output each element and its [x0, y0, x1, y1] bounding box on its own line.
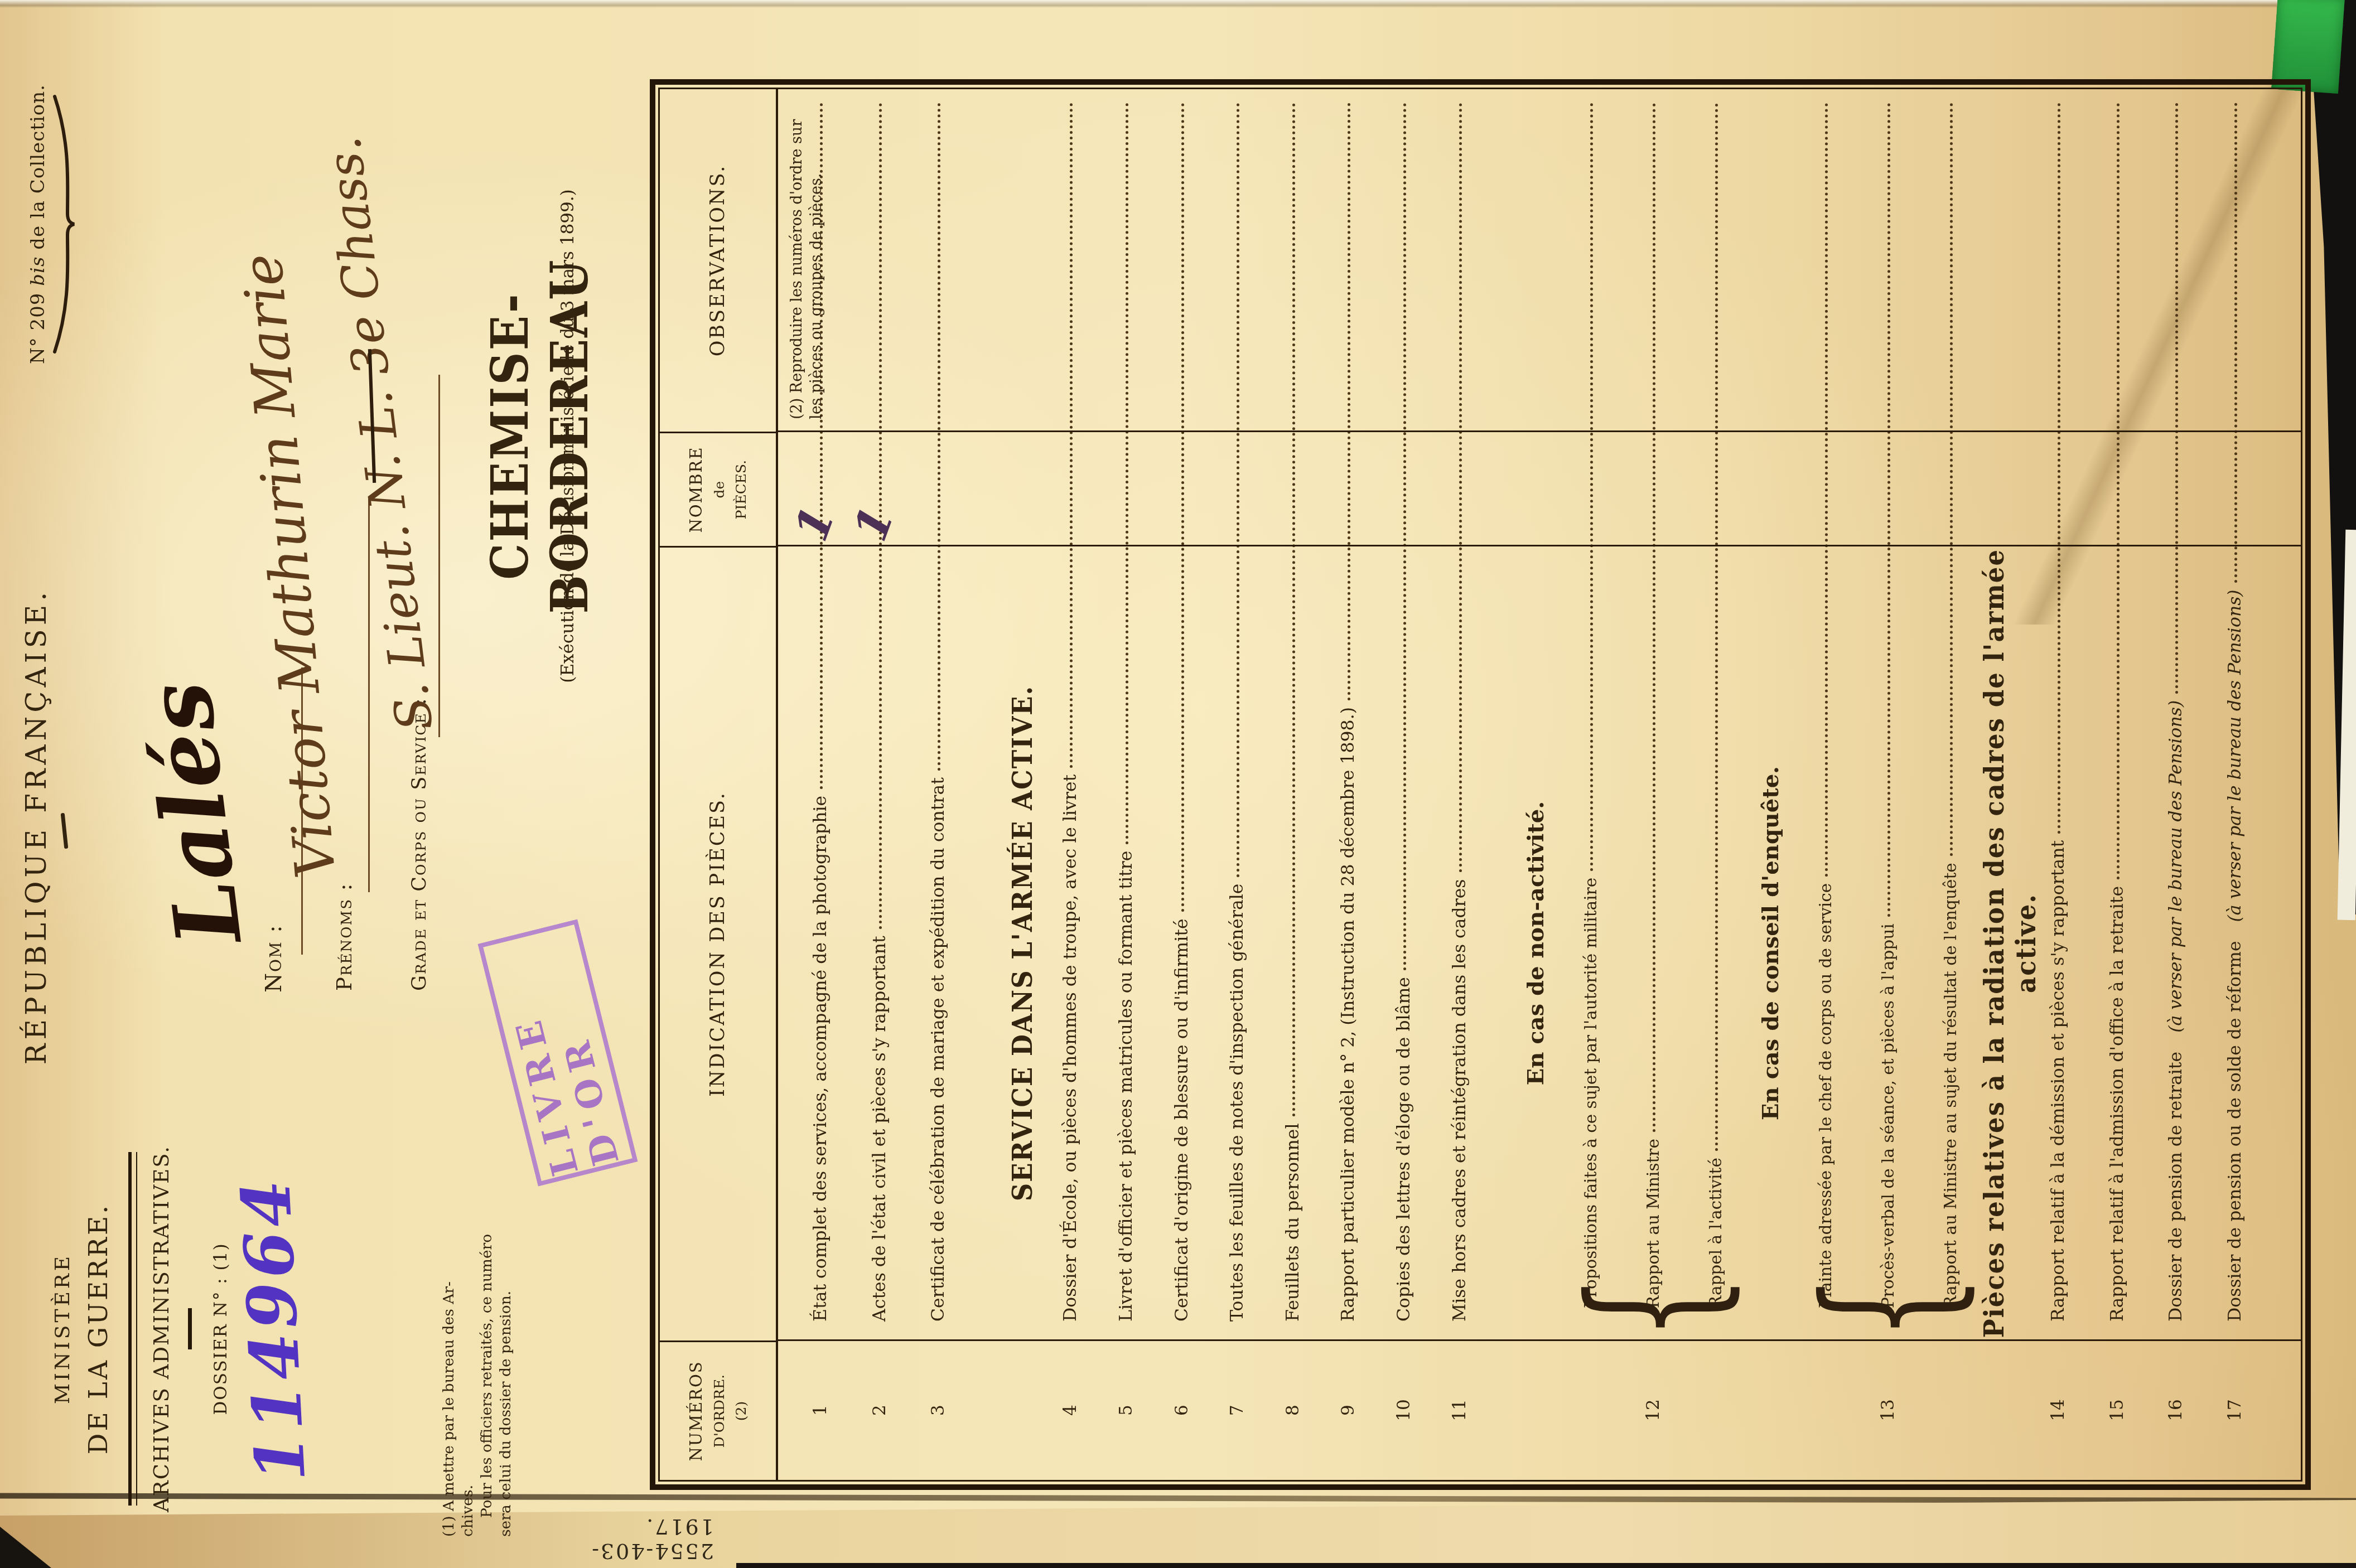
footnote-line: sera celui du dossier de pension.: [496, 1113, 515, 1537]
header-text: de: [711, 481, 727, 499]
ministere-block: MINISTÈRE DE LA GUERRE. ARCHIVES ADMINIS…: [51, 1136, 313, 1521]
grade-writing-line: [438, 375, 440, 737]
row-text: Rapport au Ministre au sujet du résultat…: [1941, 863, 1960, 1315]
observations-note: (2) Reproduire les numéros d'ordre sur l…: [787, 104, 826, 419]
ministere-line2: DE LA GUERRE.: [83, 1136, 114, 1521]
header-observations: OBSERVATIONS.: [660, 89, 776, 432]
row-text: État complet des services, accompagné de…: [810, 796, 831, 1340]
row-number: 16: [2166, 1340, 2186, 1480]
dotted-leader: [1459, 103, 1462, 872]
dotted-leader: [2117, 103, 2120, 879]
table-row: 8Feuillets du personnel: [1283, 89, 1335, 1480]
collection-bis: bis: [27, 257, 49, 286]
short-dash: [188, 1308, 192, 1349]
footnote-line: chives.: [458, 1113, 477, 1537]
row-text: Rapport particulier modèle n° 2, (Instru…: [1338, 707, 1358, 1340]
document: N° 209 bis de la Collection. RÉPUBLIQUE …: [0, 0, 2356, 1568]
dotted-leader: [2058, 103, 2060, 834]
table-row: 15Rapport relatif à l'admission d'office…: [2107, 89, 2163, 1480]
row-text: Mise hors cadres et réintégration dans l…: [1450, 879, 1470, 1340]
row-number: 7: [1227, 1340, 1247, 1480]
dotted-leader: [1181, 103, 1184, 912]
row-text: Dossier de pension ou de solde de réform…: [2225, 941, 2245, 1340]
footnote-line: (1) A mettre par le bureau des Ar-: [440, 1113, 458, 1537]
header-text: (2): [733, 1401, 749, 1421]
table-row: 2Actes de l'état civil et pièces s'y rap…: [870, 89, 925, 1480]
group-lines: Plainte adressée par le chef de corps ou…: [1816, 89, 1960, 1315]
group-line: Propositions faites à ce sujet par l'aut…: [1581, 89, 1600, 1315]
form-subtitle: (Exécution de la Décision ministérielle …: [558, 163, 578, 709]
row-number: 10: [1394, 1340, 1414, 1480]
table-group-row: 13{Plainte adressée par le chef de corps…: [1804, 89, 1972, 1480]
dotted-leader: [2175, 103, 2178, 694]
row-text: Actes de l'état civil et pièces s'y rapp…: [870, 936, 890, 1340]
group-line: Plainte adressée par le chef de corps ou…: [1816, 89, 1835, 1315]
dotted-leader: [1653, 103, 1655, 1132]
header-indication: INDICATION DES PIÈCES.: [660, 546, 776, 1340]
footnote-1: (1) A mettre par le bureau des Ar- chive…: [440, 1113, 515, 1537]
prenoms-label: Prénoms :: [332, 883, 356, 991]
row-number: 11: [1450, 1340, 1470, 1480]
brace-icon: [52, 93, 76, 355]
group-line: Rapport au Ministre: [1644, 89, 1663, 1315]
collection-rest: de la Collection.: [27, 84, 49, 250]
dossier-number: 114964: [224, 1135, 323, 1523]
table-header: NUMÉROS D'ORDRE. (2) INDICATION DES PIÈC…: [660, 89, 778, 1480]
dotted-leader: [1126, 103, 1128, 844]
row-number: 6: [1172, 1340, 1192, 1480]
column-rule: [778, 430, 2301, 432]
header-text: INDICATION DES PIÈCES.: [707, 791, 729, 1097]
dotted-leader: [1348, 103, 1350, 700]
dotted-leader: [1950, 103, 1953, 856]
table-inner-border: NUMÉROS D'ORDRE. (2) INDICATION DES PIÈC…: [658, 88, 2302, 1482]
table-row: 4Dossier d'École, ou pièces d'hommes de …: [1060, 89, 1113, 1480]
table-row: 7Toutes les feuilles de notes d'inspecti…: [1227, 89, 1280, 1480]
table-row: 11Mise hors cadres et réintégration dans…: [1450, 89, 1502, 1480]
column-rule: [778, 1339, 2301, 1341]
footnote-line: Pour les officiers retraités, ce numéro: [477, 1113, 496, 1537]
row-number: 14: [2048, 1340, 2068, 1480]
row-number: 13: [1878, 1340, 1898, 1480]
header-text: OBSERVATIONS.: [707, 164, 729, 357]
row-text: Certificat d'origine de blessure ou d'in…: [1172, 918, 1192, 1340]
row-number: 12: [1643, 1340, 1663, 1480]
dotted-leader: [1715, 103, 1718, 1151]
prenoms-handwritten: Victor Mathurin Marie: [230, 251, 348, 881]
dotted-leader: [2234, 103, 2237, 583]
dotted-leader: [1237, 103, 1239, 877]
row-number: 8: [1283, 1340, 1303, 1480]
section-heading: Pièces relatives à la radiation des cadr…: [1972, 546, 2048, 1340]
row-text: Toutes les feuilles de notes d'inspectio…: [1227, 884, 1247, 1340]
row-number: 4: [1060, 1340, 1080, 1480]
table-row: 14Rapport relatif à la démission et pièc…: [2048, 89, 2104, 1480]
grade-label: Grade et Corps ou Service :: [408, 697, 431, 991]
row-number: 15: [2107, 1340, 2127, 1480]
row-text: Copies des lettres d'éloge ou de blâme: [1394, 977, 1414, 1340]
dotted-leader: [1590, 103, 1593, 871]
row-text-italic: (à verser par le bureau des Pensions): [2225, 589, 2245, 941]
column-rule: [778, 545, 2301, 546]
header-numeros: NUMÉROS D'ORDRE. (2): [660, 1340, 776, 1480]
table-row: 16Dossier de pension de retraite (à vers…: [2166, 89, 2222, 1480]
header-nombre: NOMBRE de PIÈCES.: [660, 432, 776, 546]
row-number: 9: [1338, 1340, 1358, 1480]
header-text: D'ORDRE.: [711, 1375, 727, 1448]
nombre-handwritten: 1: [784, 500, 846, 548]
ministere-line1: MINISTÈRE: [51, 1136, 74, 1521]
republique-heading: RÉPUBLIQUE FRANÇAISE.: [20, 531, 52, 1122]
form-title: CHEMISE-BORDEREAU: [480, 163, 600, 709]
dotted-leader: [1403, 103, 1406, 970]
row-text: Dossier d'École, ou pièces d'hommes de t…: [1060, 775, 1080, 1340]
row-text: Propositions faites à ce sujet par l'aut…: [1581, 878, 1600, 1315]
row-text: Certificat de célébration de mariage et …: [928, 777, 948, 1340]
table-row: 6Certificat d'origine de blessure ou d'i…: [1172, 89, 1224, 1480]
row-text: Dossier de pension de retraite: [2166, 1052, 2186, 1340]
section-heading: SERVICE DANS L'ARMÉE ACTIVE.: [984, 546, 1060, 1340]
archives-heading: ARCHIVES ADMINISTRATIVES.: [149, 1136, 173, 1521]
dotted-leader: [938, 103, 940, 771]
row-number: 1: [810, 1340, 831, 1480]
row-text: Plainte adressée par le chef de corps ou…: [1816, 883, 1835, 1315]
table-row: 3Certificat de célébration de mariage et…: [928, 89, 984, 1480]
dotted-leader: [1292, 103, 1295, 1116]
row-number: 2: [870, 1340, 890, 1480]
group-lines: Propositions faites à ce sujet par l'aut…: [1581, 89, 1725, 1315]
group-line: Procès-verbal de la séance, et pièces à …: [1879, 89, 1898, 1315]
row-text: Livret d'officier et pièces matricules o…: [1116, 851, 1136, 1340]
table-body: (2) Reproduire les numéros d'ordre sur l…: [778, 89, 2301, 1480]
republique-divider: [61, 813, 69, 849]
row-text: Rapport relatif à l'admission d'office à…: [2107, 886, 2127, 1340]
bordereau-table: NUMÉROS D'ORDRE. (2) INDICATION DES PIÈC…: [650, 79, 2311, 1490]
row-text: Procès-verbal de la séance, et pièces à …: [1879, 923, 1898, 1315]
group-brace-icon: {: [1802, 1309, 1974, 1341]
header-text: NOMBRE: [687, 446, 706, 533]
section-heading: En cas de conseil d'enquête.: [1740, 546, 1801, 1340]
collection-reference: N° 209 bis de la Collection.: [27, 57, 76, 391]
row-text: Rapport relatif à la démission et pièces…: [2048, 840, 2068, 1340]
scanned-archive-folder: { "letterhead": { "collection_no": "N° 2…: [0, 0, 2356, 1568]
group-line: Rappel à l'activité: [1706, 89, 1725, 1315]
table-row: 17Dossier de pension ou de solde de réfo…: [2225, 89, 2281, 1480]
section-heading: En cas de non-activité.: [1505, 546, 1566, 1340]
dotted-leader: [1825, 103, 1828, 877]
group-line: Rapport au Ministre au sujet du résultat…: [1941, 89, 1960, 1315]
nom-label: Nom :: [261, 924, 287, 993]
collection-no: N° 209: [27, 293, 49, 364]
row-number: 5: [1116, 1340, 1136, 1480]
header-text: NUMÉROS: [687, 1361, 706, 1461]
table-row: 5Livret d'officier et pièces matricules …: [1116, 89, 1169, 1480]
nom-handwritten: Lalés: [127, 676, 262, 950]
row-text-italic: (à verser par le bureau des Pensions): [2166, 700, 2186, 1052]
dotted-leader: [1070, 103, 1073, 768]
header-text: PIÈCES.: [733, 460, 749, 520]
grade-handwritten: S. Lieut. N. L. 3e Chass.: [314, 133, 444, 734]
table-row: 9Rapport particulier modèle n° 2, (Instr…: [1338, 89, 1391, 1480]
table-group-row: 12{Propositions faites à ce sujet par l'…: [1570, 89, 1737, 1480]
row-text: Feuillets du personnel: [1283, 1123, 1303, 1340]
table-row: 10Copies des lettres d'éloge ou de blâme: [1394, 89, 1446, 1480]
dotted-leader: [1887, 103, 1890, 917]
row-number: 17: [2225, 1340, 2245, 1480]
row-number: 3: [928, 1340, 948, 1480]
group-brace-icon: {: [1567, 1309, 1739, 1341]
double-rule: [128, 1152, 137, 1506]
